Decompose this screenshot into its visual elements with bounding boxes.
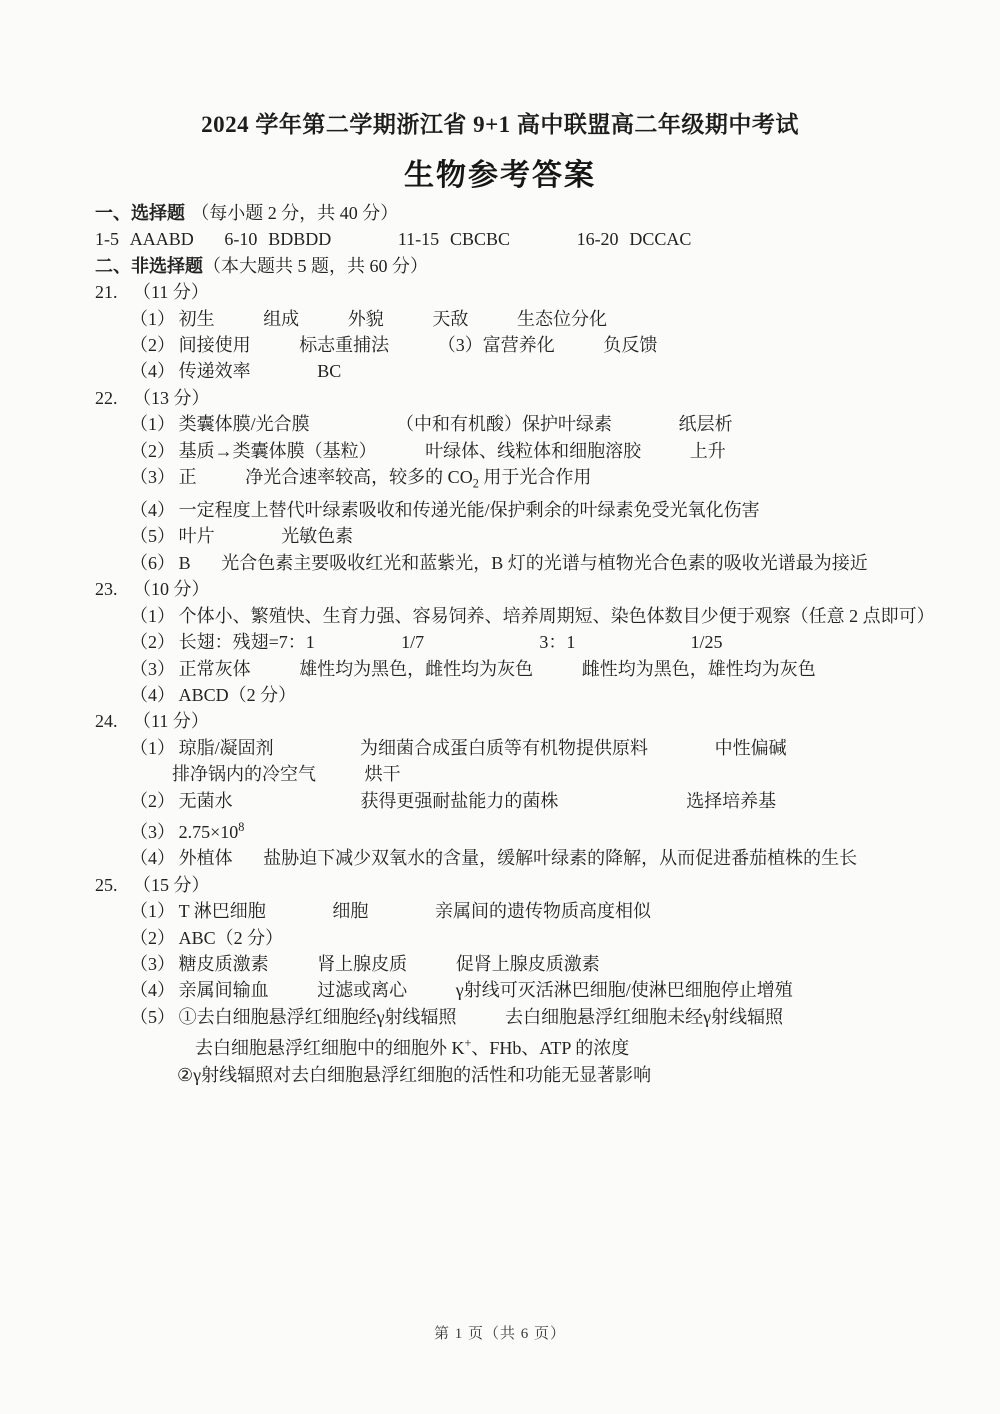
q22-answer-2: （2）基质→类囊体膜（基粒）叶绿体、线粒体和细胞溶胶上升 — [130, 438, 940, 464]
answer-label: （4） — [130, 685, 175, 705]
question-score: （15 分） — [133, 875, 210, 895]
answer-segment: （3）富营养化 — [438, 335, 555, 355]
answer-label: （3） — [130, 954, 175, 974]
q23-answer-3: （3）正常灰体雄性均为黑色，雌性均为灰色雌性均为黑色，雄性均为灰色 — [130, 656, 940, 682]
answer-label: （3） — [130, 822, 175, 842]
answer-label: （2） — [130, 632, 175, 652]
q25-answer-3: （3）糖皮质激素肾上腺皮质促肾上腺皮质激素 — [130, 951, 940, 977]
answer-segment: 基质→类囊体膜（基粒） — [179, 441, 377, 461]
answer-label: （4） — [130, 980, 175, 1000]
question-number: 22. — [95, 385, 133, 411]
answer-segment: 传递效率 — [179, 361, 251, 381]
q24-answer-3: （3）2.75×108 — [130, 814, 940, 845]
q22-answer-6: （6）B光合色素主要吸收红光和蓝紫光，B 灯的光谱与植物光合色素的吸收光谱最为接… — [130, 550, 940, 576]
q24-answer-1: （1）琼脂/凝固剂为细菌合成蛋白质等有机物提供原料中性偏碱 — [130, 735, 940, 761]
answer-label: （5） — [130, 526, 175, 546]
answer-range: 1-5 — [95, 229, 119, 249]
answer-label: （4） — [130, 848, 175, 868]
section-choice-label: 一、选择题 — [95, 203, 185, 223]
answer-segment: 负反馈 — [603, 335, 657, 355]
answer-label: （6） — [130, 553, 175, 573]
q21-answer-3: （4）传递效率BC — [130, 358, 940, 384]
answer-segment: 组成 — [263, 309, 299, 329]
question-score: （10 分） — [133, 579, 210, 599]
answer-letters: BDBDD — [268, 229, 331, 249]
answer-segment: 长翅：残翅=7：1 — [179, 632, 315, 652]
answer-segment: 细胞 — [332, 901, 368, 921]
q25-answer-5-continued: 去白细胞悬浮红细胞中的细胞外 K+、FHb、ATP 的浓度 — [195, 1030, 940, 1061]
answer-label: （1） — [130, 738, 175, 758]
answer-segment: 净光合速率较高，较多的 CO2 用于光合作用 — [245, 467, 591, 487]
question-number: 23. — [95, 576, 133, 602]
answer-segment: 纸层析 — [679, 414, 733, 434]
answer-segment: 生态位分化 — [517, 309, 607, 329]
answer-segment: 肾上腺皮质 — [317, 954, 407, 974]
answer-segment: 琼脂/凝固剂 — [179, 738, 274, 758]
answer-segment: 选择培养基 — [686, 791, 776, 811]
answer-text: 净光合速率较高，较多的 CO — [245, 467, 473, 487]
answer-segment: 1/7 — [401, 632, 424, 652]
answer-segment: 类囊体膜/光合膜 — [179, 414, 310, 434]
q25-answer-4: （4）亲属间输血过滤或离心γ射线可灭活淋巴细胞/使淋巴细胞停止增殖 — [130, 977, 940, 1003]
answer-segment: 无菌水 — [179, 791, 233, 811]
answer-segment: 促肾上腺皮质激素 — [456, 954, 600, 974]
answer-segment: 2.75×108 — [179, 822, 245, 842]
answer-label: （2） — [130, 335, 175, 355]
q21-heading: 21.（11 分） — [95, 279, 940, 305]
question-score: （11 分） — [133, 282, 209, 302]
answer-segment: 去白细胞悬浮红细胞中的细胞外 K+、FHb、ATP 的浓度 — [195, 1038, 629, 1058]
q24-heading: 24.（11 分） — [95, 708, 940, 734]
answer-segment: 中性偏碱 — [715, 738, 787, 758]
choice-answers-row: 1-5AAABD6-10BDBDD11-15CBCBC16-20DCCAC — [95, 226, 940, 252]
question-number: 25. — [95, 872, 133, 898]
answer-label: （1） — [130, 606, 175, 626]
answer-segment: 光合色素主要吸收红光和蓝紫光，B 灯的光谱与植物光合色素的吸收光谱最为接近 — [221, 553, 868, 573]
q25-answer-5-part2: ②γ射线辐照对去白细胞悬浮红细胞的活性和功能无显著影响 — [177, 1062, 940, 1088]
answer-segment: 为细菌合成蛋白质等有机物提供原料 — [360, 738, 648, 758]
q22-answer-4: （4）一定程度上替代叶绿素吸收和传递光能/保护剩余的叶绿素免受光氧化伤害 — [130, 497, 940, 523]
q21-answer-1: （1）初生组成外貌天敌生态位分化 — [130, 306, 940, 332]
q23-answer-2: （2）长翅：残翅=7：11/73：11/25 — [130, 629, 940, 655]
q24-answer-2: （2）无菌水获得更强耐盐能力的菌株选择培养基 — [130, 788, 940, 814]
document-body: 一、选择题（每小题 2 分，共 40 分） 1-5AAABD6-10BDBDD1… — [95, 200, 940, 1088]
answer-segment: 标志重捕法 — [299, 335, 389, 355]
exponent-superscript: 8 — [238, 820, 244, 834]
answer-segment: 亲属间输血 — [179, 980, 269, 1000]
answer-segment: 糖皮质激素 — [179, 954, 269, 974]
exam-title: 2024 学年第二学期浙江省 9+1 高中联盟高二年级期中考试 — [0, 0, 1000, 142]
answer-label: （1） — [130, 901, 175, 921]
answer-segment: 1/25 — [691, 632, 723, 652]
q25-heading: 25.（15 分） — [95, 872, 940, 898]
answer-segment: BC — [317, 361, 341, 381]
answer-range: 11-15 — [398, 229, 439, 249]
answer-segment: 亲属间的遗传物质高度相似 — [435, 901, 651, 921]
section-free-note: （本大题共 5 题，共 60 分） — [203, 256, 428, 276]
question-score: （13 分） — [133, 388, 210, 408]
answer-segment: 获得更强耐盐能力的菌株 — [360, 791, 558, 811]
section-choice-note: （每小题 2 分，共 40 分） — [191, 203, 398, 223]
q21-answer-2: （2）间接使用标志重捕法（3）富营养化负反馈 — [130, 332, 940, 358]
answer-range: 6-10 — [224, 229, 257, 249]
section-free-heading: 二、非选择题（本大题共 5 题，共 60 分） — [95, 253, 940, 279]
answer-segment: ①去白细胞悬浮红细胞经γ射线辐照 — [179, 1007, 457, 1027]
answer-label: （2） — [130, 441, 175, 461]
answer-segment: 叶绿体、线粒体和细胞溶胶 — [425, 441, 641, 461]
question-number: 24. — [95, 708, 133, 734]
answer-segment: 烘干 — [365, 764, 401, 784]
answer-segment: 去白细胞悬浮红细胞未经γ射线辐照 — [505, 1007, 783, 1027]
page-number: 第 1 页（共 6 页） — [0, 1322, 1000, 1343]
q25-answer-1: （1）T 淋巴细胞细胞亲属间的遗传物质高度相似 — [130, 898, 940, 924]
answer-segment: γ射线可灭活淋巴细胞/使淋巴细胞停止增殖 — [456, 980, 793, 1000]
answer-segment: 过滤或离心 — [317, 980, 407, 1000]
answer-label: （4） — [130, 500, 175, 520]
answer-segment: 一定程度上替代叶绿素吸收和传递光能/保护剩余的叶绿素免受光氧化伤害 — [179, 500, 760, 520]
section-free-label: 二、非选择题 — [95, 256, 203, 276]
answer-label: （4） — [130, 361, 175, 381]
answer-segment: 3：1 — [539, 632, 575, 652]
answer-key-title: 生物参考答案 — [0, 156, 1000, 196]
exam-answer-page: 2024 学年第二学期浙江省 9+1 高中联盟高二年级期中考试 生物参考答案 一… — [0, 0, 1000, 1414]
answer-segment: B — [179, 553, 191, 573]
answer-segment: 正 — [179, 467, 197, 487]
answer-segment: 外植体 — [179, 848, 233, 868]
answer-segment: 光敏色素 — [281, 526, 353, 546]
q22-answer-1: （1）类囊体膜/光合膜（中和有机酸）保护叶绿素纸层析 — [130, 411, 940, 437]
answer-text: 用于光合作用 — [479, 467, 592, 487]
answer-segment: ②γ射线辐照对去白细胞悬浮红细胞的活性和功能无显著影响 — [177, 1065, 651, 1085]
question-score: （11 分） — [133, 711, 209, 731]
q25-answer-5: （5）①去白细胞悬浮红细胞经γ射线辐照去白细胞悬浮红细胞未经γ射线辐照 — [130, 1004, 940, 1030]
answer-letters: DCCAC — [629, 229, 691, 249]
q22-answer-3: （3）正净光合速率较高，较多的 CO2 用于光合作用 — [130, 464, 940, 497]
answer-range: 16-20 — [577, 229, 619, 249]
answer-segment: （中和有机酸）保护叶绿素 — [396, 414, 612, 434]
q23-heading: 23.（10 分） — [95, 576, 940, 602]
answer-segment: T 淋巴细胞 — [179, 901, 266, 921]
answer-segment: 雄性均为黑色，雌性均为灰色 — [299, 659, 533, 679]
answer-segment: 排净锅内的冷空气 — [172, 764, 316, 784]
answer-segment: 外貌 — [348, 309, 384, 329]
q24-answer-1-continued: 排净锅内的冷空气烘干 — [172, 761, 940, 787]
answer-segment: 盐胁迫下减少双氧水的含量，缓解叶绿素的降解，从而促进番茄植株的生长 — [263, 848, 857, 868]
answer-segment: 正常灰体 — [179, 659, 251, 679]
q23-answer-1: （1）个体小、繁殖快、生育力强、容易饲养、培养周期短、染色体数目少便于观察（任意… — [130, 603, 940, 629]
answer-label: （2） — [130, 791, 175, 811]
question-number: 21. — [95, 279, 133, 305]
answer-segment: 雌性均为黑色，雄性均为灰色 — [582, 659, 816, 679]
answer-label: （1） — [130, 309, 175, 329]
q24-answer-4: （4）外植体盐胁迫下减少双氧水的含量，缓解叶绿素的降解，从而促进番茄植株的生长 — [130, 845, 940, 871]
q22-answer-5: （5）叶片光敏色素 — [130, 523, 940, 549]
answer-segment: ABC（2 分） — [179, 928, 284, 948]
answer-segment: ABCD（2 分） — [179, 685, 297, 705]
section-choice-heading: 一、选择题（每小题 2 分，共 40 分） — [95, 200, 940, 226]
answer-label: （3） — [130, 659, 175, 679]
answer-text: 去白细胞悬浮红细胞中的细胞外 K — [195, 1038, 465, 1058]
answer-text: 2.75×10 — [179, 822, 239, 842]
answer-label: （3） — [130, 467, 175, 487]
answer-segment: 个体小、繁殖快、生育力强、容易饲养、培养周期短、染色体数目少便于观察（任意 2 … — [179, 606, 935, 626]
answer-text: 、FHb、ATP 的浓度 — [471, 1038, 629, 1058]
answer-segment: 间接使用 — [179, 335, 251, 355]
answer-letters: CBCBC — [450, 229, 510, 249]
q23-answer-4: （4）ABCD（2 分） — [130, 682, 940, 708]
answer-label: （2） — [130, 928, 175, 948]
q25-answer-2: （2）ABC（2 分） — [130, 925, 940, 951]
answer-label: （5） — [130, 1007, 175, 1027]
answer-label: （1） — [130, 414, 175, 434]
answer-segment: 初生 — [179, 309, 215, 329]
answer-segment: 上升 — [690, 441, 726, 461]
answer-letters: AAABD — [130, 229, 194, 249]
answer-segment: 天敌 — [432, 309, 468, 329]
answer-segment: 叶片 — [179, 526, 215, 546]
q22-heading: 22.（13 分） — [95, 385, 940, 411]
